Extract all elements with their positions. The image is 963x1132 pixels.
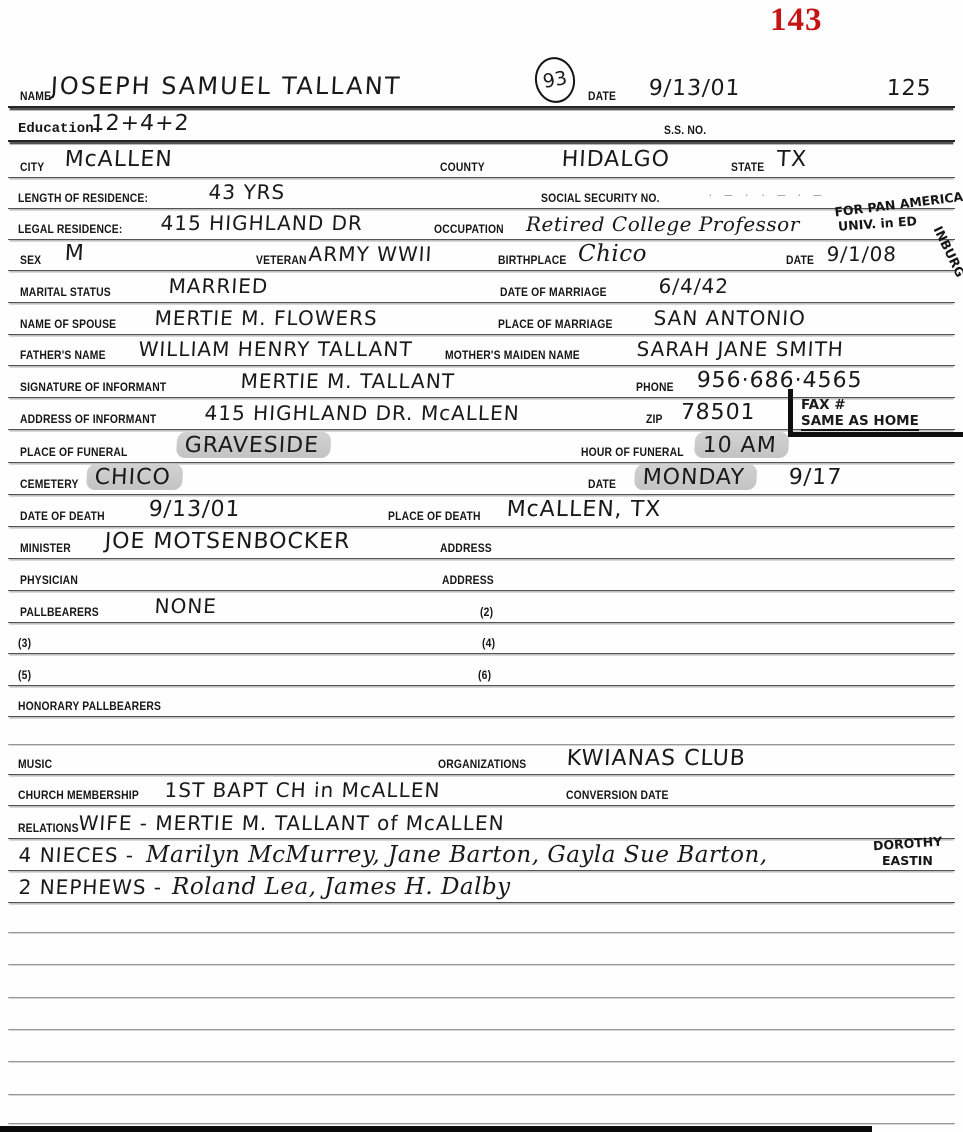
relations-label: RELATIONS	[18, 823, 79, 835]
row-nephews: 2 NEPHEWS - Roland Lea, James H. Dalby	[8, 870, 955, 903]
row-sex: SEX M VETERAN ARMY WWII BIRTHPLACE Chico…	[8, 239, 955, 271]
page-number: 143	[770, 2, 823, 39]
occupation-value: Retired College Professor	[526, 212, 800, 236]
mother-label: MOTHER'S MAIDEN NAME	[445, 350, 580, 362]
row-cemetery: CEMETERY CHICO DATE MONDAY 9/17	[8, 462, 955, 495]
row-relations: RELATIONS WIFE - MERTIE M. TALLANT of Mc…	[8, 805, 955, 839]
state-label: STATE	[731, 162, 764, 174]
pallbearer3-label: (3)	[18, 638, 31, 650]
marital-value: MARRIED	[168, 274, 269, 298]
city-value: McALLEN	[64, 147, 173, 172]
row-name: NAME JOSEPH SAMUEL TALLANT 93 DATE 9/13/…	[8, 50, 955, 108]
scan-edge-bar	[0, 1126, 872, 1132]
funeral-date-label: DATE	[588, 479, 616, 491]
residence-label: LENGTH OF RESIDENCE:	[18, 193, 148, 205]
spouse-label: NAME OF SPOUSE	[20, 319, 116, 331]
ssn-label: S.S. NO.	[664, 125, 706, 137]
spouse-value: MERTIE M. FLOWERS	[154, 306, 378, 330]
nephews-names: Roland Lea, James H. Dalby	[172, 874, 511, 900]
veteran-value: ARMY WWII	[308, 242, 433, 266]
name-label: NAME	[20, 91, 51, 103]
ssn2-label: SOCIAL SECURITY NO.	[541, 193, 660, 205]
music-label: MUSIC	[18, 759, 52, 771]
city-label: CITY	[20, 162, 44, 174]
legal-label: LEGAL RESIDENCE:	[18, 224, 122, 236]
marriage-place-value: SAN ANTONIO	[653, 306, 807, 330]
funeral-date-word: MONDAY	[634, 464, 757, 490]
blank-line	[8, 964, 955, 998]
row-church-membership: CHURCH MEMBERSHIP 1ST BAPT CH in McALLEN…	[8, 774, 955, 806]
marriage-date-value: 6/4/42	[658, 274, 730, 298]
birthplace-label: BIRTHPLACE	[498, 255, 567, 267]
birthplace-value: Chico	[578, 241, 647, 267]
row-pallbearers: PALLBEARERS NONE (2)	[8, 590, 955, 623]
nephews-count-label: 2 NEPHEWS -	[18, 875, 163, 899]
row-place-of-funeral: PLACE OF FUNERAL GRAVESIDE HOUR OF FUNER…	[8, 429, 955, 463]
row-marital-status: MARITAL STATUS MARRIED DATE OF MARRIAGE …	[8, 270, 955, 303]
row-pallbearers-3-4: (3) (4)	[8, 622, 955, 654]
pallbearer6-label: (6)	[478, 670, 491, 682]
honorary-label: HONORARY PALLBEARERS	[18, 701, 161, 713]
date-label: DATE	[588, 91, 616, 103]
cemetery-value: CHICO	[86, 464, 183, 490]
father-label: FATHER'S NAME	[20, 350, 106, 362]
zip-label: ZIP	[646, 414, 663, 426]
marriage-place-label: PLACE OF MARRIAGE	[498, 319, 613, 331]
veteran-label: VETERAN	[256, 255, 307, 267]
row-education: Education: 12+4+2 S.S. NO.	[8, 106, 955, 142]
pallbearers-label: PALLBEARERS	[20, 607, 99, 619]
death-date-value: 9/13/01	[148, 497, 241, 522]
sex-label: SEX	[20, 255, 41, 267]
legal-value: 415 HIGHLAND DR	[160, 211, 364, 235]
funeral-hour-value: 10 AM	[694, 432, 789, 458]
informant-address-value: 415 HIGHLAND DR. McALLEN	[204, 401, 520, 425]
row-spouse: NAME OF SPOUSE MERTIE M. FLOWERS PLACE O…	[8, 302, 955, 335]
county-label: COUNTY	[440, 162, 485, 174]
father-value: WILLIAM HENRY TALLANT	[138, 337, 413, 361]
funeral-record-form: 143 NAME JOSEPH SAMUEL TALLANT 93 DATE 9…	[0, 0, 963, 1132]
blank-line	[8, 1061, 955, 1095]
blank-line	[8, 997, 955, 1030]
state-value: TX	[776, 147, 808, 172]
pallbearer2-label: (2)	[480, 607, 493, 619]
birth-date-label: DATE	[786, 255, 814, 267]
row-pallbearers-5-6: (5) (6)	[8, 653, 955, 686]
ssn-erased-marks: · – · · – · –	[708, 186, 825, 202]
physician-address-label: ADDRESS	[442, 575, 494, 587]
informant-label: SIGNATURE OF INFORMANT	[20, 382, 166, 394]
blank-line	[8, 1094, 955, 1124]
pallbearer5-label: (5)	[18, 670, 31, 682]
mother-value: SARAH JANE SMITH	[636, 337, 844, 361]
blank-line	[8, 1029, 955, 1062]
row-city: CITY McALLEN COUNTY HIDALGO STATE TX	[8, 140, 955, 178]
blank-line	[8, 902, 955, 933]
residence-value: 43 YRS	[208, 180, 286, 204]
row-date-of-death: DATE OF DEATH 9/13/01 PLACE OF DEATH McA…	[8, 494, 955, 527]
birth-date-value: 9/1/08	[826, 242, 898, 266]
row-minister: MINISTER JOE MOTSENBOCKER ADDRESS	[8, 526, 955, 559]
conversion-date-label: CONVERSION DATE	[566, 790, 669, 802]
blank-line	[8, 716, 955, 745]
zip-value: 78501	[680, 400, 756, 425]
fax-note-line1: FAX #	[801, 397, 963, 413]
church-value: 1ST BAPT CH in McALLEN	[164, 778, 441, 802]
age-circle: 93	[531, 54, 578, 106]
occupation-label: OCCUPATION	[434, 224, 504, 236]
sex-value: M	[64, 241, 85, 266]
informant-address-label: ADDRESS OF INFORMANT	[20, 414, 156, 426]
nieces-names: Marilyn McMurrey, Jane Barton, Gayla Sue…	[146, 842, 768, 868]
ref-number: 125	[886, 76, 932, 101]
row-parents: FATHER'S NAME WILLIAM HENRY TALLANT MOTH…	[8, 334, 955, 366]
blank-line	[8, 932, 955, 965]
death-place-label: PLACE OF DEATH	[388, 511, 481, 523]
organizations-value: KWIANAS CLUB	[566, 746, 746, 771]
organizations-label: ORGANIZATIONS	[438, 759, 526, 771]
church-label: CHURCH MEMBERSHIP	[18, 790, 139, 802]
pallbearer4-label: (4)	[482, 638, 495, 650]
nieces-count-label: 4 NIECES -	[18, 843, 135, 867]
phone-label: PHONE	[636, 382, 674, 394]
minister-value: JOE MOTSENBOCKER	[104, 529, 351, 554]
row-legal-residence: LEGAL RESIDENCE: 415 HIGHLAND DR OCCUPAT…	[8, 208, 955, 240]
name-value: JOSEPH SAMUEL TALLANT	[50, 72, 402, 100]
row-physician: PHYSICIAN ADDRESS	[8, 558, 955, 591]
row-nieces: 4 NIECES - Marilyn McMurrey, Jane Barton…	[8, 838, 955, 871]
minister-address-label: ADDRESS	[440, 543, 492, 555]
marriage-date-label: DATE OF MARRIAGE	[500, 287, 607, 299]
physician-label: PHYSICIAN	[20, 575, 78, 587]
row-honorary-pallbearers: HONORARY PALLBEARERS	[8, 685, 955, 717]
funeral-place-label: PLACE OF FUNERAL	[20, 447, 128, 459]
relations-wife-value: WIFE - MERTIE M. TALLANT of McALLEN	[78, 811, 505, 835]
cemetery-label: CEMETERY	[20, 479, 79, 491]
row-music-organizations: MUSIC ORGANIZATIONS KWIANAS CLUB	[8, 744, 955, 775]
informant-value: MERTIE M. TALLANT	[240, 369, 456, 393]
marital-label: MARITAL STATUS	[20, 287, 111, 299]
death-place-value: McALLEN, TX	[506, 497, 662, 522]
date-value: 9/13/01	[648, 76, 741, 101]
row-length-of-residence: LENGTH OF RESIDENCE: 43 YRS SOCIAL SECUR…	[8, 177, 955, 209]
education-value: 12+4+2	[90, 111, 190, 136]
death-date-label: DATE OF DEATH	[20, 511, 105, 523]
funeral-date-num: 9/17	[788, 465, 843, 490]
funeral-hour-label: HOUR OF FUNERAL	[581, 447, 684, 459]
pallbearer1-value: NONE	[154, 594, 218, 618]
county-value: HIDALGO	[561, 147, 671, 172]
funeral-place-value: GRAVESIDE	[176, 432, 332, 458]
nieces-note-line2: EASTIN	[882, 853, 933, 868]
minister-label: MINISTER	[20, 543, 71, 555]
